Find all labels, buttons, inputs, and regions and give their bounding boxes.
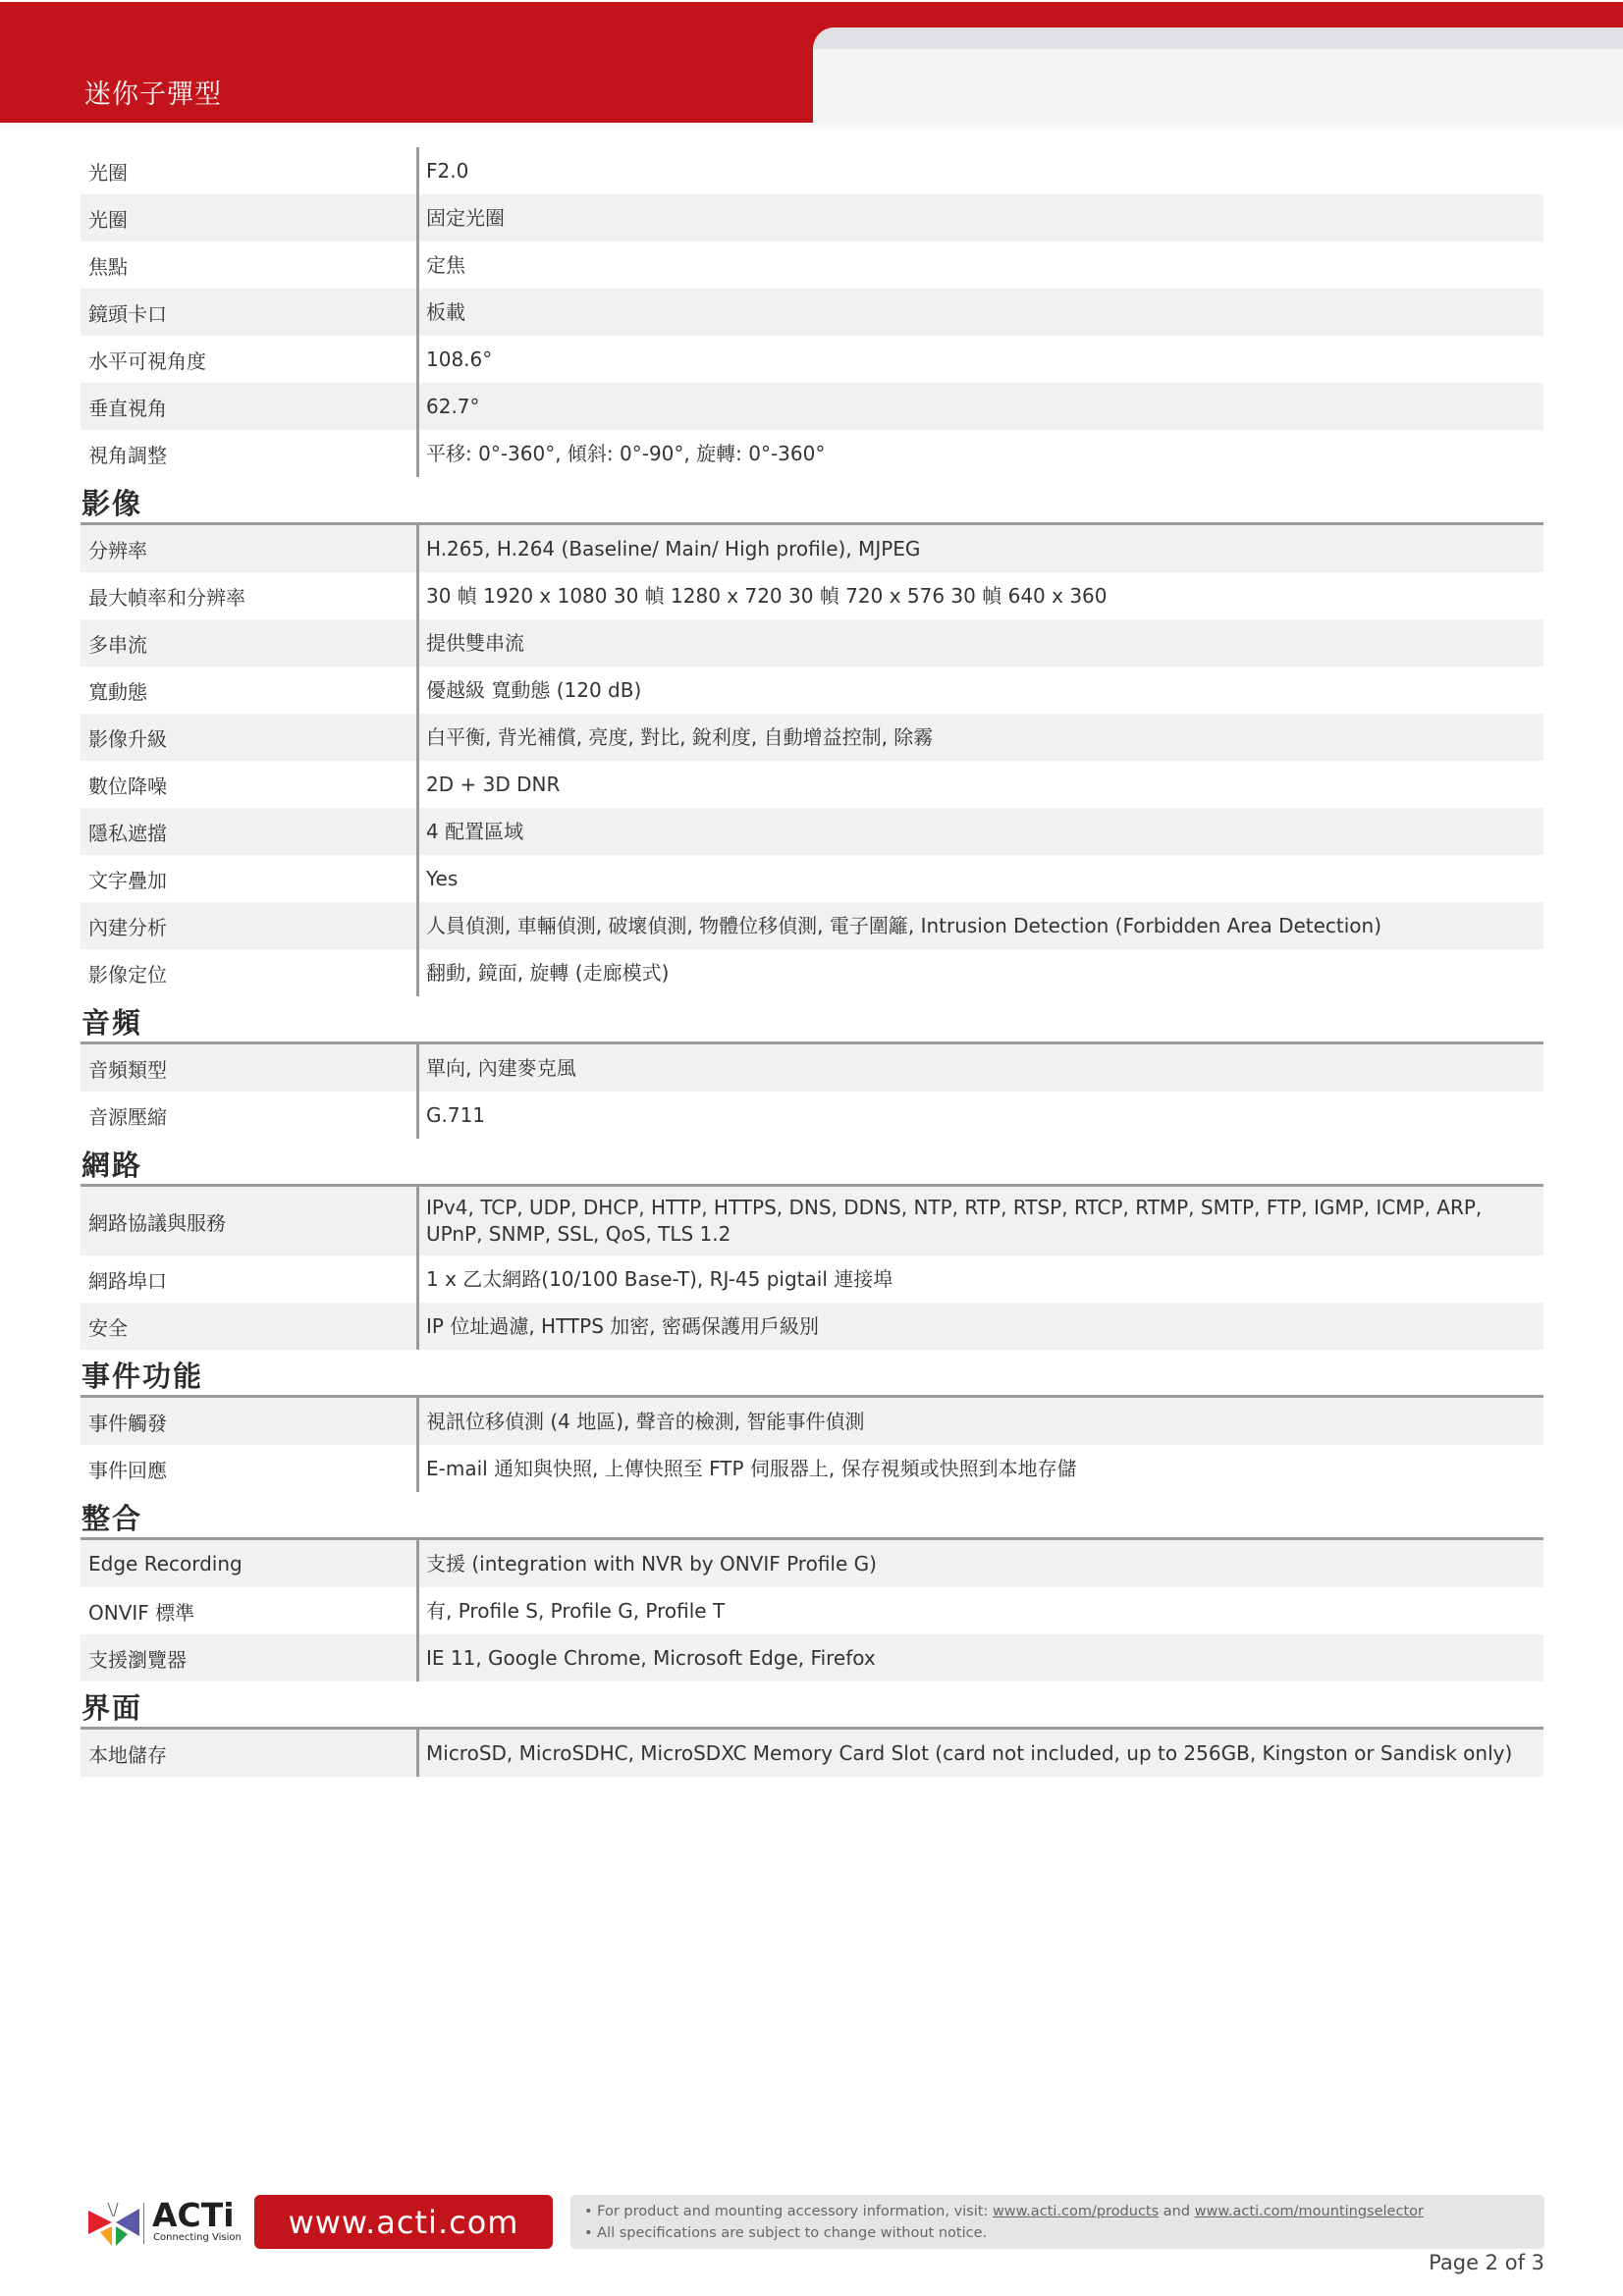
spec-label: 文字疊加 xyxy=(81,855,416,902)
spec-row: 隱私遮擋4 配置區域 xyxy=(81,808,1543,855)
spec-label: 焦點 xyxy=(81,241,416,289)
spec-label: 內建分析 xyxy=(81,902,416,949)
spec-row: 垂直視角62.7° xyxy=(81,383,1543,430)
spec-label: 網路埠口 xyxy=(81,1255,416,1303)
logo-wordmark: ACTi xyxy=(152,2196,235,2234)
section-heading: 音頻 xyxy=(81,1006,1543,1041)
spec-row: 支援瀏覽器IE 11, Google Chrome, Microsoft Edg… xyxy=(81,1634,1543,1682)
spec-row: 光圈F2.0 xyxy=(81,147,1543,194)
spec-section: 網路網路協議與服務IPv4, TCP, UDP, DHCP, HTTP, HTT… xyxy=(81,1148,1543,1350)
spec-row: 光圈固定光圈 xyxy=(81,194,1543,241)
spec-row: 事件觸發視訊位移偵測 (4 地區), 聲音的檢測, 智能事件偵測 xyxy=(81,1398,1543,1445)
spec-row: 網路協議與服務IPv4, TCP, UDP, DHCP, HTTP, HTTPS… xyxy=(81,1187,1543,1255)
logo-tagline: Connecting Vision xyxy=(153,2232,242,2243)
spec-section: 界面本地儲存MicroSD, MicroSDHC, MicroSDXC Memo… xyxy=(81,1691,1543,1777)
spec-label: 寬動態 xyxy=(81,667,416,714)
header-decorative-panel xyxy=(813,27,1623,125)
logo-separator xyxy=(143,2203,144,2244)
spec-value: 板載 xyxy=(419,289,1543,336)
header-shadow xyxy=(0,123,1623,134)
spec-label: Edge Recording xyxy=(81,1540,416,1587)
spec-label: 光圈 xyxy=(81,194,416,241)
products-link[interactable]: www.acti.com/products xyxy=(993,2204,1159,2219)
lens-table: 光圈F2.0光圈固定光圈焦點定焦鏡頭卡口板載水平可視角度108.6°垂直視角62… xyxy=(81,147,1543,477)
spec-value: 108.6° xyxy=(419,336,1543,383)
spec-label: 數位降噪 xyxy=(81,761,416,808)
spec-value: 定焦 xyxy=(419,241,1543,289)
spec-row: 最大幀率和分辨率30 幀 1920 x 1080 30 幀 1280 x 720… xyxy=(81,572,1543,619)
section-heading: 事件功能 xyxy=(81,1360,1543,1395)
spec-label: 本地儲存 xyxy=(81,1730,416,1777)
spec-value: Yes xyxy=(419,855,1543,902)
spec-row: 音頻類型單向, 內建麥克風 xyxy=(81,1044,1543,1092)
spec-value: 提供雙串流 xyxy=(419,619,1543,667)
spec-row: 數位降噪2D + 3D DNR xyxy=(81,761,1543,808)
spec-row: 音源壓縮G.711 xyxy=(81,1092,1543,1139)
spec-value: MicroSD, MicroSDHC, MicroSDXC Memory Car… xyxy=(419,1730,1543,1777)
spec-value: 翻動, 鏡面, 旋轉 (走廊模式) xyxy=(419,949,1543,996)
spec-value: 白平衡, 背光補償, 亮度, 對比, 銳利度, 自動增益控制, 除霧 xyxy=(419,714,1543,761)
section-heading: 網路 xyxy=(81,1148,1543,1184)
spec-value: 單向, 內建麥克風 xyxy=(419,1044,1543,1092)
spec-row: 視角調整平移: 0°-360°, 傾斜: 0°-90°, 旋轉: 0°-360° xyxy=(81,430,1543,477)
spec-value: 1 x 乙太網路(10/100 Base-T), RJ-45 pigtail 連… xyxy=(419,1255,1543,1303)
mounting-selector-link[interactable]: www.acti.com/mountingselector xyxy=(1195,2204,1424,2219)
spec-label: 垂直視角 xyxy=(81,383,416,430)
spec-row: 影像定位翻動, 鏡面, 旋轉 (走廊模式) xyxy=(81,949,1543,996)
section-heading: 界面 xyxy=(81,1691,1543,1727)
spec-row: 內建分析人員偵測, 車輛偵測, 破壞偵測, 物體位移偵測, 電子圍籬, Intr… xyxy=(81,902,1543,949)
section-heading: 整合 xyxy=(81,1502,1543,1537)
spec-label: 視角調整 xyxy=(81,430,416,477)
info-line-notice: • All specifications are subject to chan… xyxy=(584,2222,1544,2244)
spec-label: 事件回應 xyxy=(81,1445,416,1492)
spec-row: 安全IP 位址過濾, HTTPS 加密, 密碼保護用戶級別 xyxy=(81,1303,1543,1350)
spec-row: ONVIF 標準有, Profile S, Profile G, Profile… xyxy=(81,1587,1543,1634)
spec-value: 4 配置區域 xyxy=(419,808,1543,855)
acti-butterfly-icon xyxy=(86,2199,141,2250)
spec-label: 多串流 xyxy=(81,619,416,667)
spec-label: 支援瀏覽器 xyxy=(81,1634,416,1682)
spec-value: 支援 (integration with NVR by ONVIF Profil… xyxy=(419,1540,1543,1587)
spec-label: 事件觸發 xyxy=(81,1398,416,1445)
spec-label: 影像定位 xyxy=(81,949,416,996)
spec-row: 多串流提供雙串流 xyxy=(81,619,1543,667)
spec-row: 焦點定焦 xyxy=(81,241,1543,289)
spec-label: 水平可視角度 xyxy=(81,336,416,383)
info-line1-mid: and xyxy=(1159,2204,1195,2219)
spec-value: G.711 xyxy=(419,1092,1543,1139)
section-heading: 影像 xyxy=(81,487,1543,522)
spec-row: 文字疊加Yes xyxy=(81,855,1543,902)
spec-value: IPv4, TCP, UDP, DHCP, HTTP, HTTPS, DNS, … xyxy=(419,1187,1543,1255)
spec-value: E-mail 通知與快照, 上傳快照至 FTP 伺服器上, 保存視頻或快照到本地… xyxy=(419,1445,1543,1492)
spec-label: 網路協議與服務 xyxy=(81,1187,416,1255)
spec-row: 分辨率H.265, H.264 (Baseline/ Main/ High pr… xyxy=(81,525,1543,572)
spec-row: 事件回應E-mail 通知與快照, 上傳快照至 FTP 伺服器上, 保存視頻或快… xyxy=(81,1445,1543,1492)
spec-section: 音頻音頻類型單向, 內建麥克風音源壓縮G.711 xyxy=(81,1006,1543,1139)
spec-row: 影像升級白平衡, 背光補償, 亮度, 對比, 銳利度, 自動增益控制, 除霧 xyxy=(81,714,1543,761)
spec-row: 網路埠口1 x 乙太網路(10/100 Base-T), RJ-45 pigta… xyxy=(81,1255,1543,1303)
spec-label: 分辨率 xyxy=(81,525,416,572)
spec-label: 最大幀率和分辨率 xyxy=(81,572,416,619)
spec-value: H.265, H.264 (Baseline/ Main/ High profi… xyxy=(419,525,1543,572)
spec-label: 隱私遮擋 xyxy=(81,808,416,855)
header-panel-strip xyxy=(813,27,1623,49)
spec-value: F2.0 xyxy=(419,147,1543,194)
page-title: 迷你子彈型 xyxy=(84,79,222,112)
website-link-button[interactable]: www.acti.com xyxy=(254,2195,553,2249)
spec-section: 整合Edge Recording支援 (integration with NVR… xyxy=(81,1502,1543,1682)
acti-logo: ACTi Connecting Vision xyxy=(86,2199,239,2250)
spec-value: 固定光圈 xyxy=(419,194,1543,241)
spec-value: 有, Profile S, Profile G, Profile T xyxy=(419,1587,1543,1634)
spec-sections: 影像分辨率H.265, H.264 (Baseline/ Main/ High … xyxy=(81,487,1543,1777)
spec-label: ONVIF 標準 xyxy=(81,1587,416,1634)
spec-value: 30 幀 1920 x 1080 30 幀 1280 x 720 30 幀 72… xyxy=(419,572,1543,619)
spec-value: 人員偵測, 車輛偵測, 破壞偵測, 物體位移偵測, 電子圍籬, Intrusio… xyxy=(419,902,1543,949)
spec-value: 視訊位移偵測 (4 地區), 聲音的檢測, 智能事件偵測 xyxy=(419,1398,1543,1445)
spec-value: 優越級 寬動態 (120 dB) xyxy=(419,667,1543,714)
spec-value: 平移: 0°-360°, 傾斜: 0°-90°, 旋轉: 0°-360° xyxy=(419,430,1543,477)
spec-value: 2D + 3D DNR xyxy=(419,761,1543,808)
spec-row: 本地儲存MicroSD, MicroSDHC, MicroSDXC Memory… xyxy=(81,1730,1543,1777)
spec-label: 音頻類型 xyxy=(81,1044,416,1092)
spec-label: 安全 xyxy=(81,1303,416,1350)
spec-value: IP 位址過濾, HTTPS 加密, 密碼保護用戶級別 xyxy=(419,1303,1543,1350)
spec-section: 影像分辨率H.265, H.264 (Baseline/ Main/ High … xyxy=(81,487,1543,996)
spec-value: IE 11, Google Chrome, Microsoft Edge, Fi… xyxy=(419,1634,1543,1682)
page-number: Page 2 of 3 xyxy=(1429,2251,1544,2274)
info-line-products: • For product and mounting accessory inf… xyxy=(584,2201,1544,2222)
spec-label: 鏡頭卡口 xyxy=(81,289,416,336)
spec-content: 光圈F2.0光圈固定光圈焦點定焦鏡頭卡口板載水平可視角度108.6°垂直視角62… xyxy=(81,147,1543,1777)
spec-row: 水平可視角度108.6° xyxy=(81,336,1543,383)
spec-section: 事件功能事件觸發視訊位移偵測 (4 地區), 聲音的檢測, 智能事件偵測事件回應… xyxy=(81,1360,1543,1492)
spec-label: 光圈 xyxy=(81,147,416,194)
spec-label: 音源壓縮 xyxy=(81,1092,416,1139)
spec-value: 62.7° xyxy=(419,383,1543,430)
footer-info-box: • For product and mounting accessory inf… xyxy=(570,2195,1544,2249)
spec-row: 寬動態優越級 寬動態 (120 dB) xyxy=(81,667,1543,714)
spec-row: Edge Recording支援 (integration with NVR b… xyxy=(81,1540,1543,1587)
spec-row: 鏡頭卡口板載 xyxy=(81,289,1543,336)
info-line1-prefix: • For product and mounting accessory inf… xyxy=(584,2204,993,2219)
header-band: 迷你子彈型 xyxy=(0,2,1623,123)
spec-label: 影像升級 xyxy=(81,714,416,761)
